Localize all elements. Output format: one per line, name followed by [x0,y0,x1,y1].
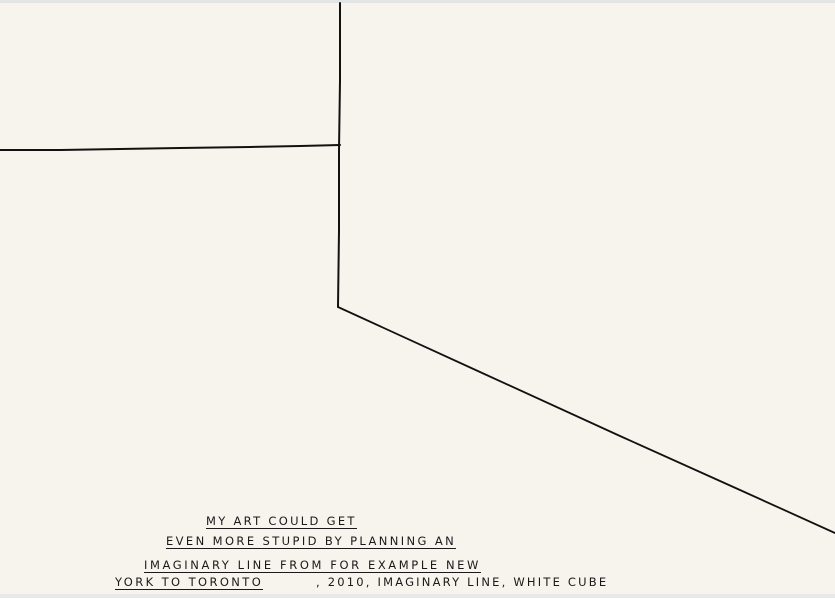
horizontal-line [0,145,340,150]
caption-line-1: MY ART COULD GET [206,514,357,529]
caption-line-2: EVEN MORE STUPID BY PLANNING AN [166,534,456,549]
diagonal-line [338,307,835,533]
caption-line-3: IMAGINARY LINE FROM FOR EXAMPLE NEW [144,558,481,573]
line-drawing [0,0,835,598]
vertical-line [338,3,340,307]
caption-line-4-underlined: YORK TO TORONTO [115,575,263,590]
caption-line-4-rest: , 2010, IMAGINARY LINE, WHITE CUBE [316,575,608,589]
